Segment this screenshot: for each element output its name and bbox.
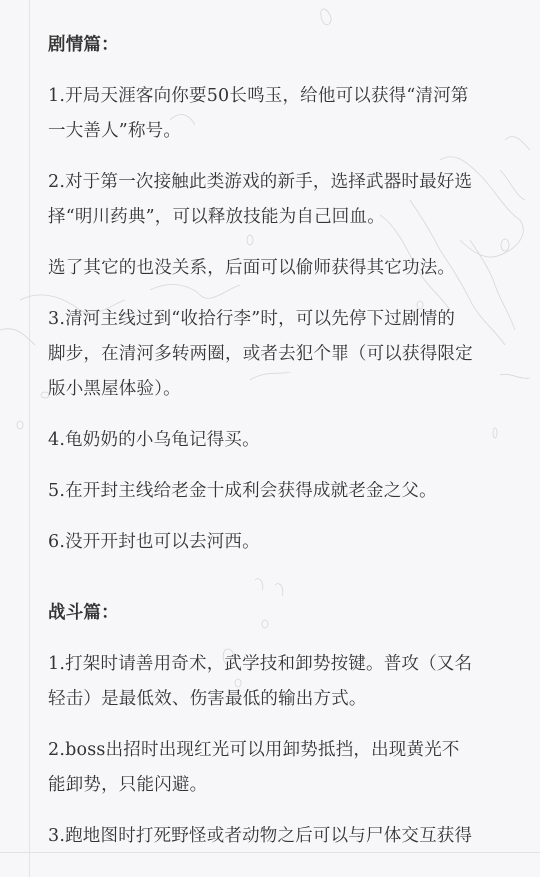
paragraph: 2.boss出招时出现红光可以用卸势抵挡，出现黄光不 能卸势，只能闪避。: [48, 733, 518, 803]
paragraph: 1.打架时请善用奇术，武学技和卸势按键。普攻（又名 轻击）是最低效、伤害最低的输…: [48, 647, 518, 717]
text-line: 1.开局天涯客向你要50长鸣玉，给他可以获得“清河第: [48, 79, 518, 114]
text-line: 能卸势，只能闪避。: [48, 768, 518, 803]
left-margin-rule: [29, 0, 30, 877]
paragraph: 3.清河主线过到“收拾行李”时，可以先停下过剧情的 脚步，在清河多转两圈，或者去…: [48, 302, 518, 407]
paragraph: 4.龟奶奶的小乌龟记得买。: [48, 423, 518, 458]
section-heading-story: 剧情篇：: [48, 28, 518, 63]
text-line: 2.boss出招时出现红光可以用卸势抵挡，出现黄光不: [48, 733, 518, 768]
text-line: 5.在开封主线给老金十成利会获得成就老金之父。: [48, 474, 518, 509]
section-heading-combat: 战斗篇：: [48, 596, 518, 631]
article-content: 剧情篇： 1.开局天涯客向你要50长鸣玉，给他可以获得“清河第 一大善人”称号。…: [48, 28, 518, 870]
text-line: 2.对于第一次接触此类游戏的新手，选择武器时最好选: [48, 165, 518, 200]
section-story: 剧情篇： 1.开局天涯客向你要50长鸣玉，给他可以获得“清河第 一大善人”称号。…: [48, 28, 518, 560]
section-spacer: [48, 576, 518, 596]
text-line: 3.清河主线过到“收拾行李”时，可以先停下过剧情的: [48, 302, 518, 337]
paragraph: 2.对于第一次接触此类游戏的新手，选择武器时最好选 择“明川药典”，可以释放技能…: [48, 165, 518, 235]
text-line: 选了其它的也没关系，后面可以偷师获得其它功法。: [48, 251, 518, 286]
paragraph: 选了其它的也没关系，后面可以偷师获得其它功法。: [48, 251, 518, 286]
paragraph: 5.在开封主线给老金十成利会获得成就老金之父。: [48, 474, 518, 509]
text-line: 1.打架时请善用奇术，武学技和卸势按键。普攻（又名: [48, 647, 518, 682]
text-line: 版小黑屋体验）。: [48, 372, 518, 407]
text-line: 一大善人”称号。: [48, 114, 518, 149]
paragraph: 6.没开开封也可以去河西。: [48, 525, 518, 560]
text-line: 3.跑地图时打死野怪或者动物之后可以与尸体交互获得: [48, 819, 518, 854]
bottom-divider: [0, 852, 540, 853]
text-line: 脚步，在清河多转两圈，或者去犯个罪（可以获得限定: [48, 337, 518, 372]
paragraph: 3.跑地图时打死野怪或者动物之后可以与尸体交互获得: [48, 819, 518, 854]
section-combat: 战斗篇： 1.打架时请善用奇术，武学技和卸势按键。普攻（又名 轻击）是最低效、伤…: [48, 596, 518, 854]
text-line: 择“明川药典”，可以释放技能为自己回血。: [48, 200, 518, 235]
text-line: 6.没开开封也可以去河西。: [48, 525, 518, 560]
paragraph: 1.开局天涯客向你要50长鸣玉，给他可以获得“清河第 一大善人”称号。: [48, 79, 518, 149]
text-line: 4.龟奶奶的小乌龟记得买。: [48, 423, 518, 458]
text-line: 轻击）是最低效、伤害最低的输出方式。: [48, 682, 518, 717]
